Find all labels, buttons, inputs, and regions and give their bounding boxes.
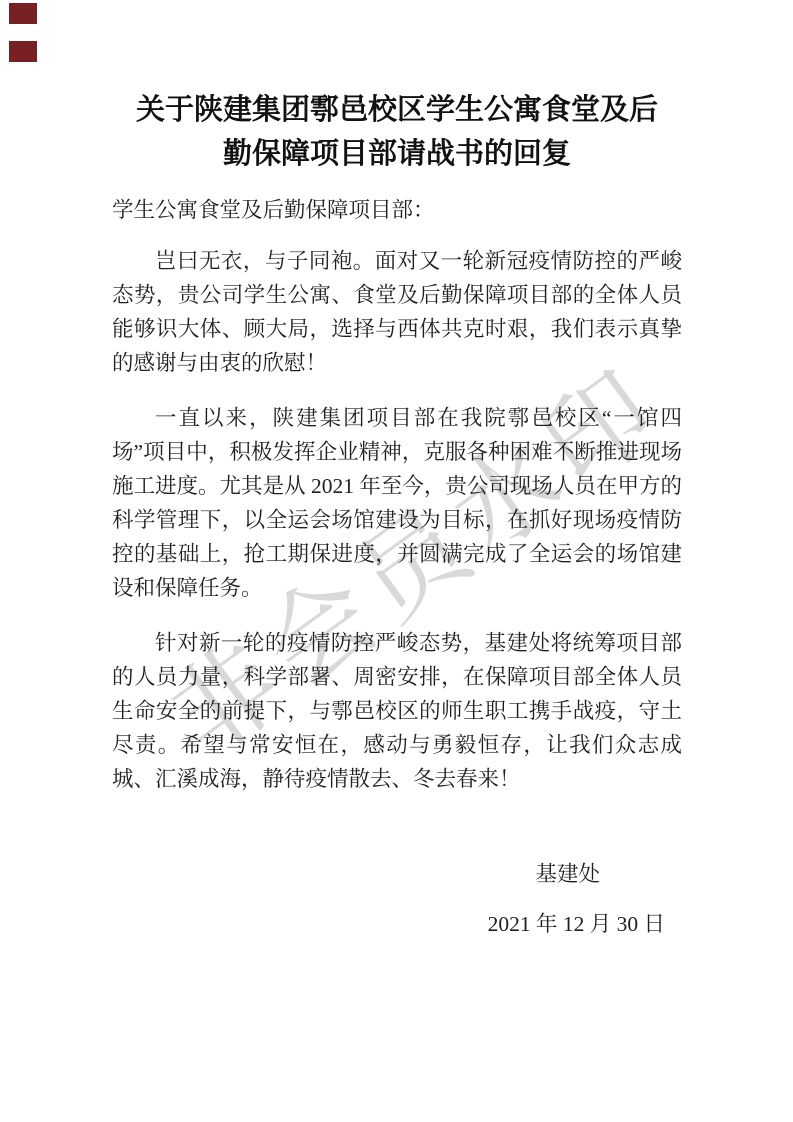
body-paragraph-1: 岂曰无衣，与子同袍。面对又一轮新冠疫情防控的严峻态势，贵公司学生公寓、食堂及后勤… xyxy=(112,244,682,380)
red-corner-mark xyxy=(9,41,37,62)
body-paragraph-3: 针对新一轮的疫情防控严峻态势，基建处将统筹项目部的人员力量，科学部署、周密安排，… xyxy=(112,626,682,796)
signature: 基建处 xyxy=(112,857,682,891)
red-corner-mark xyxy=(9,3,37,24)
title-line-2: 勤保障项目部请战书的回复 xyxy=(112,132,682,176)
document-date: 2021 年 12 月 30 日 xyxy=(112,907,682,941)
document-content: 关于陕建集团鄠邑校区学生公寓食堂及后 勤保障项目部请战书的回复 学生公寓食堂及后… xyxy=(112,88,682,941)
document-title: 关于陕建集团鄠邑校区学生公寓食堂及后 勤保障项目部请战书的回复 xyxy=(112,88,682,176)
body-paragraph-2: 一直以来，陕建集团项目部在我院鄠邑校区“一馆四场”项目中，积极发挥企业精神，克服… xyxy=(112,401,682,605)
title-line-1: 关于陕建集团鄠邑校区学生公寓食堂及后 xyxy=(112,88,682,132)
salutation: 学生公寓食堂及后勤保障项目部： xyxy=(112,193,682,227)
document-page: 非会员水印 关于陕建集团鄠邑校区学生公寓食堂及后 勤保障项目部请战书的回复 学生… xyxy=(0,0,793,1122)
